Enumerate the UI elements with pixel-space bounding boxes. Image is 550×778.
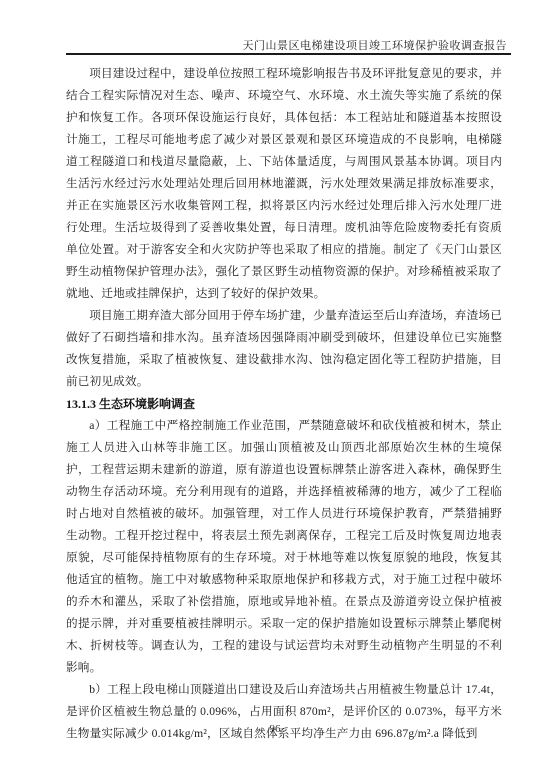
- document-page: 天门山景区电梯建设项目竣工环境保护验收调查报告 项目建设过程中，建设单位按照工程…: [0, 0, 550, 778]
- paragraph-ecology-item-b: b）工程上段电梯山顶隧道出口建设及后山弃渣场共占用植被生物量总计 17.4t，是…: [66, 679, 502, 745]
- paragraph-ecology-item-a: a）工程施工中严格控制施工作业范围，严禁随意破坏和砍伐植被和树木，禁止施工人员进…: [66, 415, 502, 679]
- running-header-title: 天门山景区电梯建设项目竣工环境保护验收调查报告: [66, 37, 507, 53]
- paragraph-spoil-disposal: 项目施工期弃渣大部分回用于停车场扩建，少量弃渣运至后山弃渣场，弃渣场已做好了石砌…: [66, 305, 502, 393]
- document-body: 项目建设过程中，建设单位按照工程环境影响报告书及环评批复意见的要求，并结合工程实…: [66, 63, 502, 745]
- page-number: 96: [0, 723, 550, 735]
- section-heading-13-1-3: 13.1.3 生态环境影响调查: [66, 393, 502, 415]
- paragraph-construction-measures: 项目建设过程中，建设单位按照工程环境影响报告书及环评批复意见的要求，并结合工程实…: [66, 63, 502, 305]
- header-rule: [66, 53, 511, 55]
